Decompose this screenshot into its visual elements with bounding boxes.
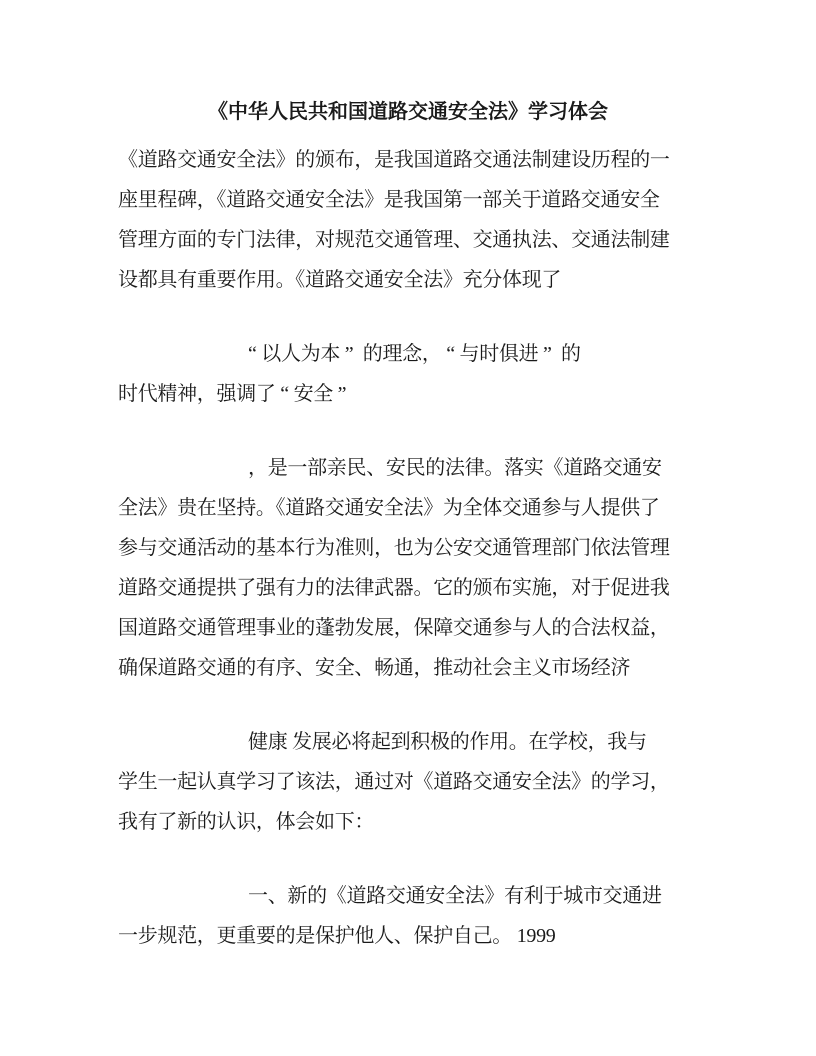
- text-line: 时代精神，强调了 “ 安全 ”: [118, 374, 698, 414]
- text-line: 座里程碑，《道路交通安全法》是我国第一部关于道路交通安全: [118, 180, 698, 220]
- text-line: 学生一起认真学习了该法，通过对《道路交通安全法》的学习，: [118, 762, 698, 802]
- text-line: ，是一部亲民、安民的法律。落实《道路交通安: [118, 448, 698, 488]
- text-line: 管理方面的专门法律，对规范交通管理、交通执法、交通法制建: [118, 220, 698, 260]
- paragraph: 《道路交通安全法》的颁布，是我国道路交通法制建设历程的一座里程碑，《道路交通安全…: [118, 140, 698, 300]
- document-body: 《道路交通安全法》的颁布，是我国道路交通法制建设历程的一座里程碑，《道路交通安全…: [118, 140, 698, 956]
- text-line: 我有了新的认识，体会如下：: [118, 802, 698, 842]
- text-line: 道路交通提拱了强有力的法律武器。它的颁布实施，对于促进我: [118, 568, 698, 608]
- text-line: “ 以人为本 ” 的理念， “ 与时俱进 ” 的: [118, 334, 698, 374]
- document-viewport: { "document": { "title": "《中华人民共和国道路交通安全…: [0, 0, 816, 1056]
- paragraph: 健康 发展必将起到积极的作用。在学校，我与学生一起认真学习了该法，通过对《道路交…: [118, 722, 698, 842]
- paragraph: ，是一部亲民、安民的法律。落实《道路交通安全法》贵在坚持。《道路交通安全法》为全…: [118, 448, 698, 688]
- text-line: 一、新的《道路交通安全法》有利于城市交通进: [118, 876, 698, 916]
- text-line: 参与交通活动的基本行为准则，也为公安交通管理部门依法管理: [118, 528, 698, 568]
- text-line: 《道路交通安全法》的颁布，是我国道路交通法制建设历程的一: [118, 140, 698, 180]
- text-line: 国道路交通管理事业的蓬勃发展，保障交通参与人的合法权益，: [118, 608, 698, 648]
- document-page: 《中华人民共和国道路交通安全法》学习体会 《道路交通安全法》的颁布，是我国道路交…: [0, 0, 816, 1056]
- text-line: 健康 发展必将起到积极的作用。在学校，我与: [118, 722, 698, 762]
- text-line: 确保道路交通的有序、安全、畅通，推动社会主义市场经济: [118, 648, 698, 688]
- text-line: 一步规范，更重要的是保护他人、保护自己。 1999: [118, 916, 698, 956]
- text-line: 设都具有重要作用。《道路交通安全法》充分体现了: [118, 260, 698, 300]
- document-title: 《中华人民共和国道路交通安全法》学习体会: [118, 92, 698, 132]
- paragraph: “ 以人为本 ” 的理念， “ 与时俱进 ” 的时代精神，强调了 “ 安全 ”: [118, 334, 698, 414]
- paragraph: 一、新的《道路交通安全法》有利于城市交通进一步规范，更重要的是保护他人、保护自己…: [118, 876, 698, 956]
- text-line: 全法》贵在坚持。《道路交通安全法》为全体交通参与人提供了: [118, 488, 698, 528]
